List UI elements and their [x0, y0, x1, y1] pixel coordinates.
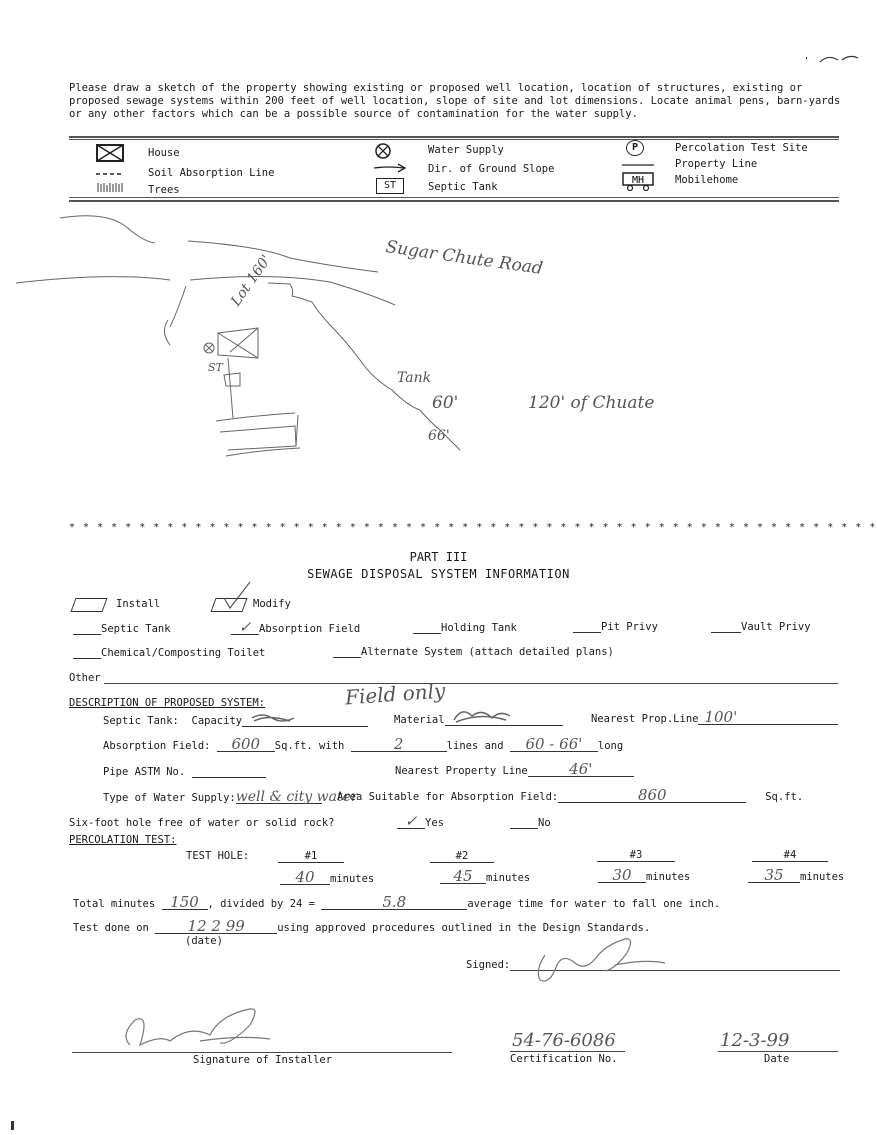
property-line-icon — [622, 164, 656, 167]
hole-3-minutes[interactable]: 30minutes — [598, 871, 690, 883]
nearest-prop-line-field[interactable]: 100' — [698, 713, 838, 725]
scribble-material — [452, 706, 512, 726]
legend-bottom-rule-2 — [69, 200, 839, 202]
chemical-toilet-option[interactable]: Chemical/Composting Toilet — [73, 647, 265, 659]
holding-tank-option[interactable]: Holding Tank — [413, 622, 517, 634]
installer-signature — [110, 1005, 310, 1055]
legend-house-label: House — [148, 147, 180, 159]
footer-date: 12-3-99 — [720, 1030, 789, 1051]
footer-date-label: Date — [764, 1053, 789, 1065]
septic-tank-row: Septic Tank: Capacity — [103, 715, 368, 727]
absorption-field-option[interactable]: ✓Absorption Field — [231, 623, 360, 635]
water-supply-field[interactable]: well & city water — [236, 792, 322, 804]
legend-property-label: Property Line — [675, 158, 757, 170]
septic-tank-icon: ST — [376, 178, 404, 194]
cert-field[interactable] — [510, 1051, 625, 1052]
pipe-field[interactable] — [192, 766, 266, 778]
water-supply-icon — [374, 142, 394, 162]
test-hole-label: TEST HOLE: — [186, 850, 249, 862]
legend-water-label: Water Supply — [428, 144, 504, 156]
install-checkbox[interactable] — [70, 598, 107, 612]
hole-3-label: #3 — [597, 849, 675, 862]
pipe-row: Pipe ASTM No. — [103, 766, 266, 778]
other-field[interactable] — [104, 683, 838, 684]
six-foot-question: Six-foot hole free of water or solid roc… — [69, 817, 335, 829]
inspector-signature — [515, 935, 715, 990]
trees-icon — [96, 181, 126, 193]
test-date-field[interactable]: 12 2 99 — [155, 922, 277, 934]
signed-label: Signed: — [466, 959, 510, 971]
legend-top-rule — [69, 136, 839, 138]
vault-privy-option[interactable]: Vault Privy — [711, 621, 811, 633]
legend-mobile-label: Mobilehome — [675, 174, 738, 186]
legend-slope-label: Dir. of Ground Slope — [428, 163, 554, 175]
dashed-line-icon — [96, 172, 126, 176]
hole-1-label: #1 — [278, 850, 344, 863]
sketch-field-inner: 66' — [428, 428, 450, 444]
legend-bottom-rule — [69, 197, 839, 198]
hole-2-label: #2 — [430, 850, 494, 863]
legend-perc-label: Percolation Test Site — [675, 142, 808, 154]
footer-date-field[interactable] — [718, 1051, 838, 1052]
absorption-field-row: Absorption Field: 600Sq.ft. with 2lines … — [103, 740, 623, 752]
cert-number: 54-76-6086 — [512, 1030, 616, 1051]
sketch-field-dim: 60' — [432, 393, 458, 413]
hole-4-minutes[interactable]: 35minutes — [748, 871, 844, 883]
test-done-row: Test done on 12 2 99using approved proce… — [73, 922, 650, 934]
modify-label: Modify — [253, 598, 291, 610]
section-separator: * * * * * * * * * * * * * * * * * * * * … — [69, 522, 877, 533]
part-title: PART III — [0, 550, 877, 564]
mobilehome-icon: MH — [622, 172, 656, 192]
yes-option[interactable]: ✓Yes — [397, 817, 444, 829]
sketch-st-label: ST — [208, 361, 223, 374]
scribble-capacity — [250, 712, 300, 724]
nearest-property-line-row: Nearest Property Line46' — [395, 765, 634, 777]
hole-2-minutes[interactable]: 45minutes — [440, 872, 530, 884]
cert-label: Certification No. — [510, 1053, 617, 1065]
nearest-property-line-field[interactable]: 46' — [528, 765, 634, 777]
hole-1-minutes[interactable]: 40minutes — [280, 873, 374, 885]
nearest-prop-line-row: Nearest Prop.Line100' — [591, 713, 838, 725]
percolation-icon: P — [626, 140, 644, 156]
installer-label: Signature of Installer — [193, 1054, 332, 1066]
pit-privy-option[interactable]: Pit Privy — [573, 621, 658, 633]
install-label: Install — [116, 598, 160, 610]
sketch-instructions: Please draw a sketch of the property sho… — [69, 82, 859, 121]
svg-text:MH: MH — [632, 175, 644, 186]
lines-field[interactable]: 2 — [351, 740, 447, 752]
sketch-tank-label: Tank — [397, 370, 431, 386]
area-row: Area Suitable for Absorption Field:860 S… — [337, 791, 803, 803]
arrow-icon — [374, 164, 408, 172]
area-field[interactable]: 860 — [558, 791, 746, 803]
total-minutes-field[interactable]: 150 — [162, 898, 208, 910]
scan-mark — [800, 52, 860, 64]
average-field[interactable]: 5.8 — [321, 898, 467, 910]
legend-trees-label: Trees — [148, 184, 180, 196]
no-option[interactable]: No — [510, 817, 551, 829]
water-supply-row: Type of Water Supply:well & city water — [103, 792, 322, 804]
check-mark-icon — [222, 580, 252, 610]
hole-4-label: #4 — [752, 849, 828, 862]
description-heading: DESCRIPTION OF PROPOSED SYSTEM: — [69, 697, 265, 709]
total-row: Total minutes 150, divided by 24 = 5.8av… — [73, 898, 720, 910]
legend-top-rule-2 — [69, 139, 839, 140]
length-field[interactable]: 60 - 66' — [510, 740, 598, 752]
legend-septic-label: Septic Tank — [428, 181, 498, 193]
other-label: Other — [69, 672, 101, 684]
legend-soil-label: Soil Absorption Line — [148, 167, 274, 179]
alternate-system-option[interactable]: Alternate System (attach detailed plans) — [333, 646, 614, 658]
house-icon — [96, 144, 124, 162]
sketch-side-dim: 120' of Chuate — [528, 393, 654, 413]
date-caption: (date) — [185, 935, 223, 947]
septic-tank-option[interactable]: Septic Tank — [73, 623, 171, 635]
percolation-heading: PERCOLATION TEST: — [69, 834, 176, 846]
absorption-sqft-field[interactable]: 600 — [217, 740, 275, 752]
part-subtitle: SEWAGE DISPOSAL SYSTEM INFORMATION — [0, 567, 877, 581]
scan-mark-bottom — [10, 1118, 16, 1132]
